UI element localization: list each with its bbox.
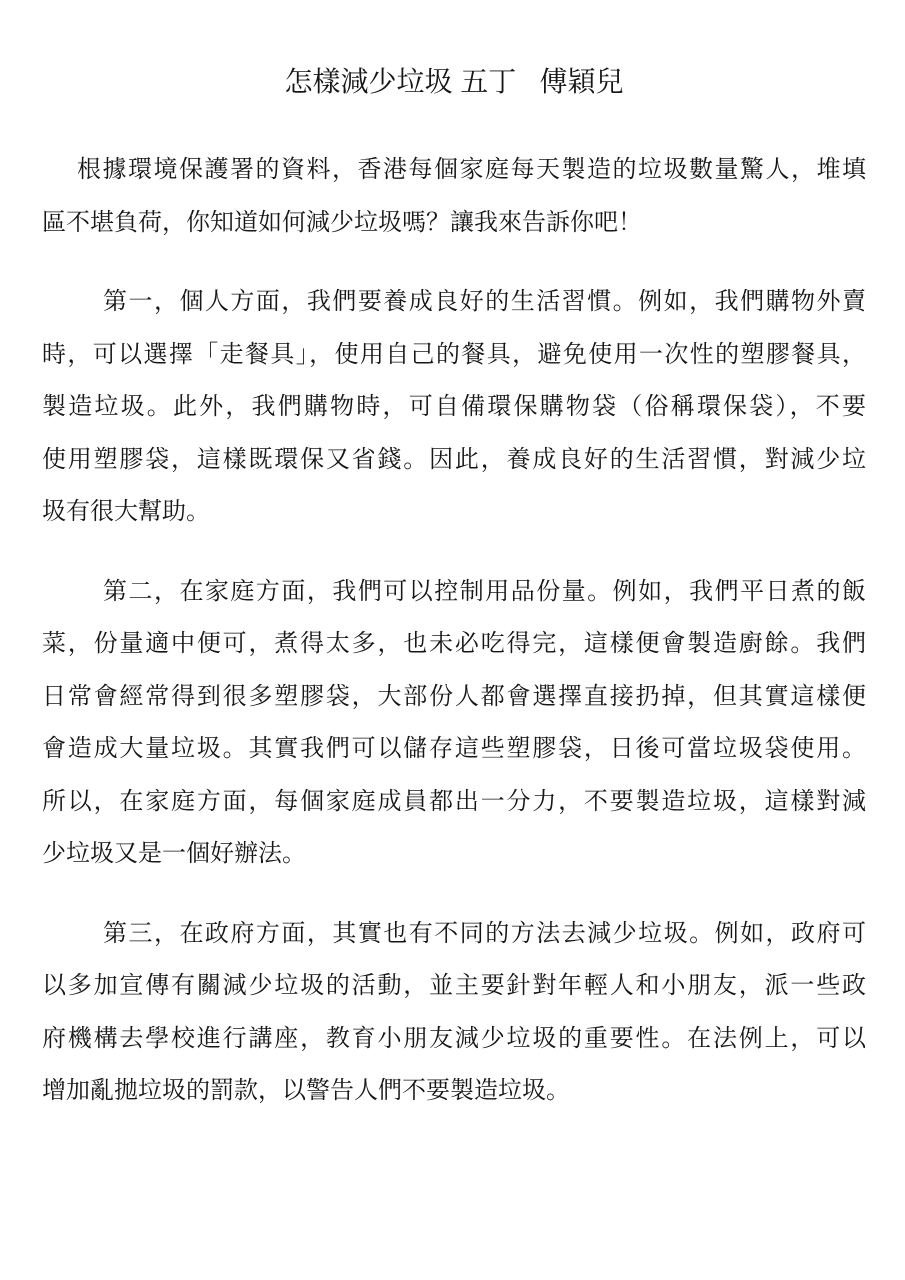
text-line: 府機構去學校進行講座，教育小朋友減少垃圾的重要性。在法例上，可以 — [42, 1013, 866, 1066]
text-line: 以多加宣傳有關減少垃圾的活動，並主要針對年輕人和小朋友，派一些政 — [42, 960, 866, 1013]
text-line: 時，可以選擇「走餐具」，使用自己的餐具，避免使用一次性的塑膠餐具， — [42, 329, 866, 382]
text-line: 所以，在家庭方面，每個家庭成員都出一分力，不要製造垃圾，這樣對減 — [42, 776, 866, 829]
text-line: 第一，個人方面，我們要養成良好的生活習慣。例如，我們購物外賣 — [42, 276, 866, 329]
text-line: 少垃圾又是一個好辦法。 — [42, 828, 866, 881]
text-line: 增加亂拋垃圾的罰款，以警告人們不要製造垃圾。 — [42, 1065, 866, 1118]
text-line: 第三，在政府方面，其實也有不同的方法去減少垃圾。例如，政府可 — [42, 908, 866, 961]
text-line: 根據環境保護署的資料，香港每個家庭每天製造的垃圾數量驚人，堆填 — [42, 144, 866, 197]
text-line: 日常會經常得到很多塑膠袋，大部份人都會選擇直接扔掉，但其實這樣便 — [42, 671, 866, 724]
paragraph-intro: 根據環境保護署的資料，香港每個家庭每天製造的垃圾數量驚人，堆填 區不堪負荷，你知… — [42, 144, 866, 249]
paragraph-personal: 第一，個人方面，我們要養成良好的生活習慣。例如，我們購物外賣 時，可以選擇「走餐… — [42, 276, 866, 539]
essay-body: 根據環境保護署的資料，香港每個家庭每天製造的垃圾數量驚人，堆填 區不堪負荷，你知… — [42, 144, 866, 1118]
paragraph-government: 第三，在政府方面，其實也有不同的方法去減少垃圾。例如，政府可 以多加宣傳有關減少… — [42, 908, 866, 1118]
document-page: 怎樣減少垃圾 五丁 傅穎兒 根據環境保護署的資料，香港每個家庭每天製造的垃圾數量… — [0, 0, 905, 1280]
essay-title: 怎樣減少垃圾 五丁 傅穎兒 — [42, 60, 866, 104]
text-line: 菜，份量適中便可，煮得太多，也未必吃得完，這樣便會製造廚餘。我們 — [42, 618, 866, 671]
text-line: 使用塑膠袋，這樣既環保又省錢。因此，養成良好的生活習慣，對減少垃 — [42, 434, 866, 487]
text-line: 製造垃圾。此外，我們購物時，可自備環保購物袋（俗稱環保袋），不要 — [42, 381, 866, 434]
text-line: 第二，在家庭方面，我們可以控制用品份量。例如，我們平日煮的飯 — [42, 566, 866, 619]
paragraph-family: 第二，在家庭方面，我們可以控制用品份量。例如，我們平日煮的飯 菜，份量適中便可，… — [42, 566, 866, 881]
text-line: 圾有很大幫助。 — [42, 486, 866, 539]
text-line: 會造成大量垃圾。其實我們可以儲存這些塑膠袋，日後可當垃圾袋使用。 — [42, 723, 866, 776]
text-line: 區不堪負荷，你知道如何減少垃圾嗎？讓我來告訴你吧！ — [42, 197, 866, 250]
